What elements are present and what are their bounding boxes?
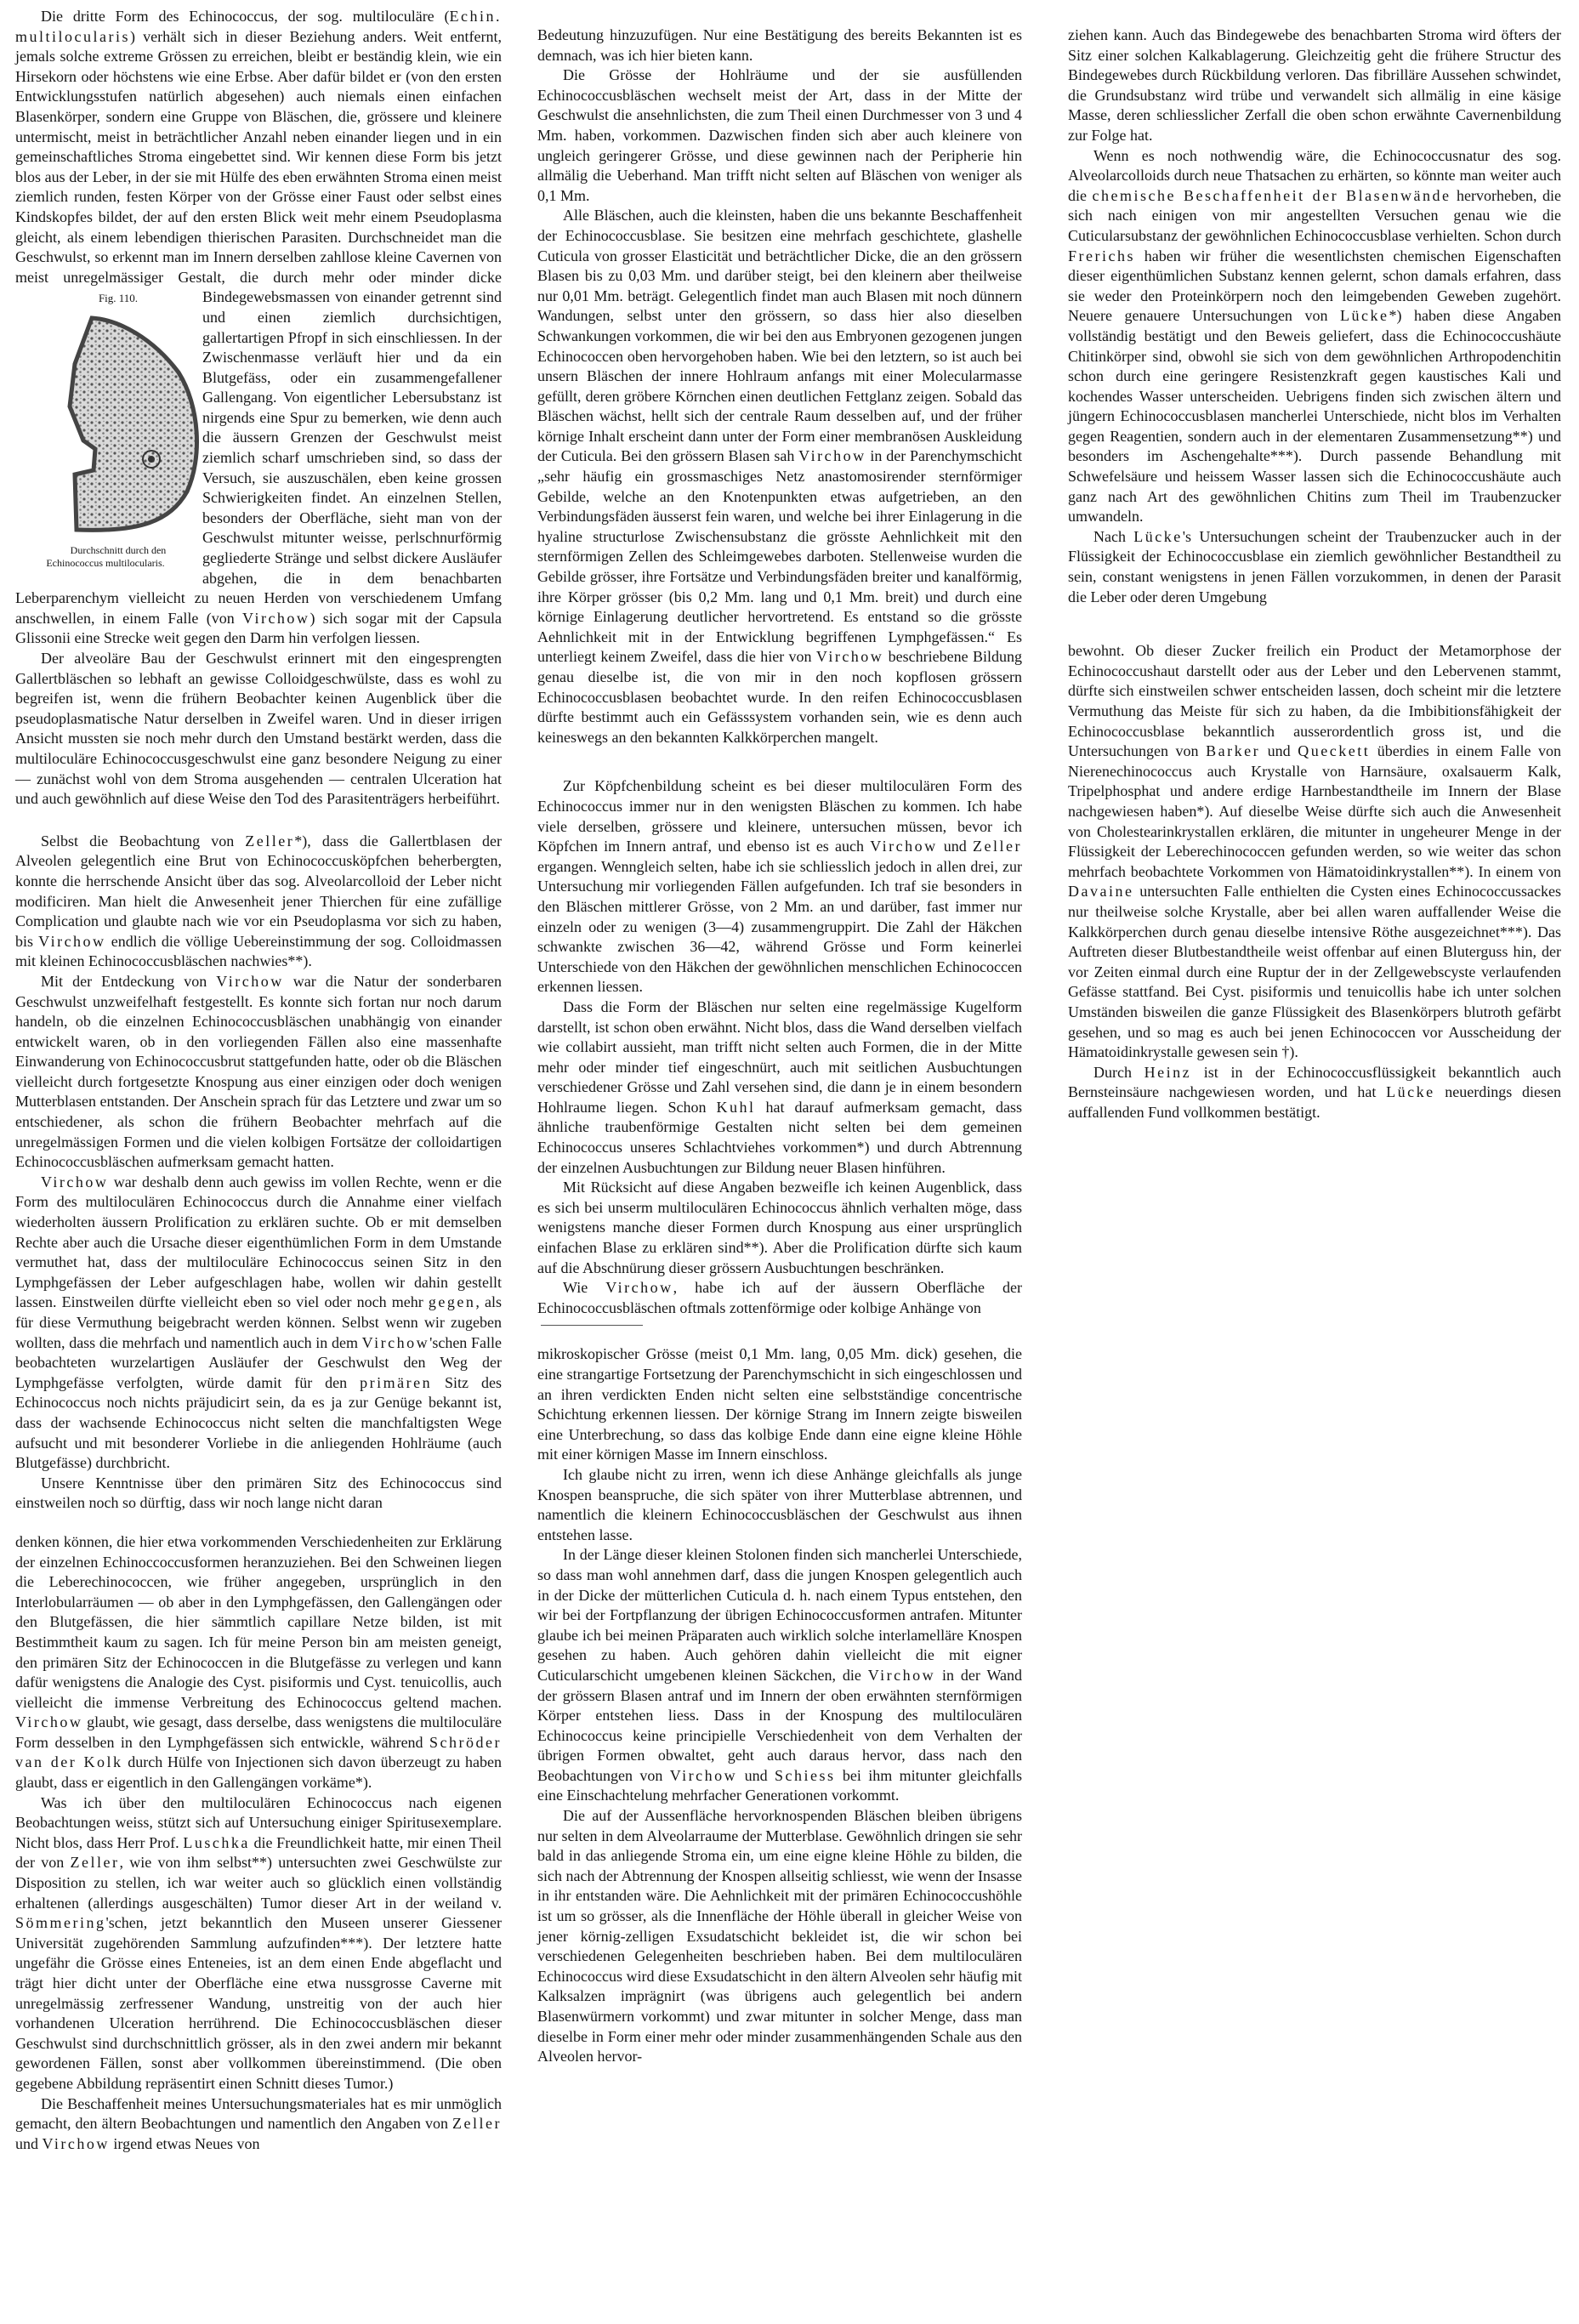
author-name: Lücke [1133,528,1182,545]
paragraph: Die auf der Aussenfläche hervorknospende… [537,1806,1022,2067]
paragraph: In der Länge dieser kleinen Stolonen fin… [537,1545,1022,1806]
author-name: Virchow [216,973,283,990]
author-name: Virchow [670,1767,737,1784]
author-name: Virchow [816,648,883,665]
author-name: Zeller [973,838,1022,855]
author-name: Zeller [452,2115,502,2132]
author-name: Virchow [798,447,866,464]
author-name: Heinz [1144,1064,1191,1081]
paragraph: mikroskopischer Grösse (meist 0,1 Mm. la… [537,1344,1022,1465]
paragraph: bewohnt. Ob dieser Zucker freilich ein P… [1068,641,1561,1062]
author-name: Virchow [41,1173,108,1190]
text-column-1-flow: Die dritte Form des Echinococcus, der so… [15,7,502,2154]
author-name: Barker [1206,742,1260,759]
author-name: Virchow [868,1667,935,1684]
author-name: Virchow [15,1713,82,1730]
author-name: Frerichs [1068,247,1135,264]
paragraph: Selbst die Beobachtung von Zeller*), das… [15,832,502,972]
author-name: Sömmering [15,1914,106,1931]
paragraph: Wenn es noch nothwendig wäre, die Echino… [1068,146,1561,527]
author-name: Lücke [1386,1083,1434,1100]
paragraph: Die Grösse der Hohlräume und der sie aus… [537,65,1022,206]
paragraph: denken können, die hier etwa vorkommende… [15,1532,502,1793]
figure-label: Fig. 110. [20,291,190,306]
paragraph: Was ich über den multiloculären Echinoco… [15,1793,502,2094]
author-name: Virchow [362,1334,429,1351]
author-name: Virchow [43,2135,110,2152]
author-name: Queckett [1298,742,1370,759]
figure-caption: Durchschnitt durch denEchinococcus multi… [20,544,190,570]
figure-110: Fig. 110.Durchschnitt durch denEchinococ… [20,291,190,570]
paragraph: Wie Virchow, habe ich auf der äussern Ob… [537,1278,1022,1318]
paragraph: Zur Köpfchenbildung scheint es bei diese… [537,776,1022,997]
author-name: Virchow [605,1279,673,1296]
paragraph: Alle Bläschen, auch die kleinsten, haben… [537,206,1022,747]
text-column-3: ziehen kann. Auch das Bindegewebe des be… [1068,26,1561,1122]
emphasized-term: primären [360,1374,432,1391]
paragraph: Durch Heinz ist in der Echinococcusflüss… [1068,1063,1561,1123]
paragraph: Die dritte Form des Echinococcus, der so… [15,7,502,649]
tumor-cross-section-illustration-icon [34,313,177,536]
paragraph: Dass die Form der Bläschen nur selten ei… [537,997,1022,1178]
author-name: Virchow [870,838,937,855]
author-name: Virchow [38,933,105,950]
paragraph: ziehen kann. Auch das Bindegewebe des be… [1068,26,1561,146]
author-name: Davaine [1068,883,1133,900]
paragraph: Virchow war deshalb denn auch gewiss im … [15,1173,502,1474]
text-column-2: Bedeutung hinzuzufügen. Nur eine Bestäti… [537,26,1022,2067]
paragraph: Der alveoläre Bau der Geschwulst erinner… [15,649,502,810]
author-name: Luschka [183,1834,249,1851]
paragraph: Unsere Kenntnisse über den primären Sitz… [15,1474,502,1514]
paragraph: Mit der Entdeckung von Virchow war die N… [15,972,502,1173]
author-name: Kuhl [717,1099,756,1116]
paragraph: Mit Rücksicht auf diese Angaben bezweifl… [537,1178,1022,1278]
author-name: Schiess [775,1767,836,1784]
book-page: Die dritte Form des Echinococcus, der so… [0,0,1579,2324]
paragraph: Bedeutung hinzuzufügen. Nur eine Bestäti… [537,26,1022,65]
paragraph: Nach Lücke's Untersuchungen scheint der … [1068,527,1561,607]
author-name: Lücke [1340,307,1389,324]
paragraph: Die Beschaffenheit meines Untersuchungsm… [15,2094,502,2155]
author-name: Virchow [242,610,310,627]
author-name: Zeller [245,832,294,849]
author-name: Zeller [71,1854,120,1871]
emphasized-term: gegen [429,1293,475,1310]
paragraph: Ich glaube nicht zu irren, wenn ich dies… [537,1465,1022,1545]
section-rule [541,1325,643,1326]
emphasized-term: chemische Beschaffenheit der Blasenwände [1093,187,1451,204]
